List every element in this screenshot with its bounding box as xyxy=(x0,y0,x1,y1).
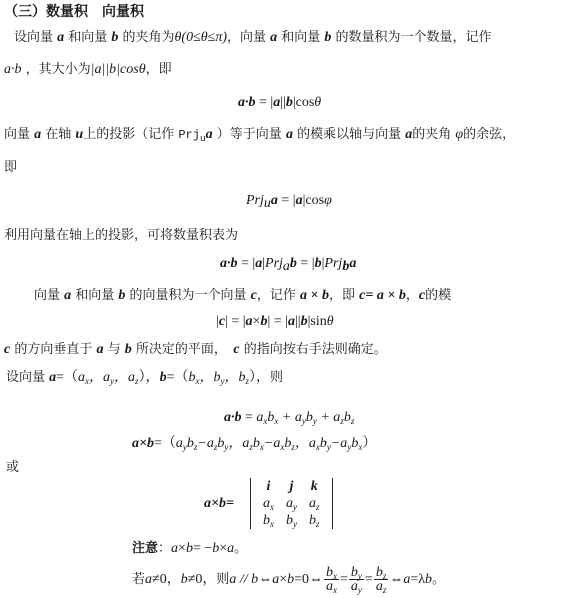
coordinate-cross-formula: a×b=（aybz−azby，azbx−axbz，axby−aybx） xyxy=(132,436,376,452)
prj-label: Prj xyxy=(178,128,200,142)
formula-lhs: a·b xyxy=(238,95,256,110)
coordinate-dot-formula: a·b = axbx + ayby + azbz xyxy=(224,410,354,426)
cross-direction: c 的方向垂直于 a 与 b 所决定的平面， c 的指向按右手法则确定。 xyxy=(4,342,387,358)
fraction: byay xyxy=(349,566,364,593)
det-cell: ay xyxy=(280,495,303,512)
text: 上的投影（记作 xyxy=(83,127,178,142)
text: 和向量 xyxy=(64,30,111,45)
projection-note: 利用向量在轴上的投影，可将数量积表为 xyxy=(4,228,238,244)
text: 在轴 xyxy=(41,127,75,142)
text: 和向量 xyxy=(277,30,324,45)
text: 所决定的平面， xyxy=(132,342,234,357)
text: ，向量 xyxy=(227,30,270,45)
text: ）等于向量 xyxy=(213,127,286,142)
det-cell: k xyxy=(303,478,326,495)
text: 的夹角 xyxy=(412,127,455,142)
text: 的模 xyxy=(425,288,451,303)
det-cell: i xyxy=(257,478,280,495)
det-cell: by xyxy=(280,512,303,529)
det-cell: ax xyxy=(257,495,280,512)
dot-product-formula: a·b = |a||b|cosθ xyxy=(238,95,321,111)
text: ，即 xyxy=(146,62,172,77)
text: 向量 xyxy=(34,288,64,303)
dot-product-intro-line1: 设向量 a 和向量 b 的夹角为θ(0≤θ≤π)，向量 a 和向量 b 的数量积… xyxy=(14,30,492,46)
text: ，记作 xyxy=(257,288,300,303)
angle-phi: φ xyxy=(455,127,463,142)
magnitude-expr: |a||b|cosθ xyxy=(91,62,146,77)
dot-notation: a·b xyxy=(4,62,22,77)
formula-lhs: a×b= xyxy=(204,496,234,511)
cross-notation: a × b xyxy=(300,288,329,303)
angle-range: θ(0≤θ≤π) xyxy=(175,30,227,45)
vector-a: a xyxy=(206,127,213,142)
coordinates-setup: 设向量 a=（ax，ay，az），b=（bx，by，bz），则 xyxy=(6,370,283,386)
det-cell: bz xyxy=(303,512,326,529)
fraction: bxax xyxy=(324,566,339,593)
text: 的余弦， xyxy=(463,127,515,142)
note-anticommutative: 注意：a×b= −b×a。 xyxy=(132,541,247,557)
text: 的数量积为一个数量，记作 xyxy=(331,30,491,45)
section-title: （三）数量积 向量积 xyxy=(4,4,144,20)
vector-b: b xyxy=(125,342,132,357)
text: ， xyxy=(406,288,419,303)
text: 的夹角为 xyxy=(118,30,174,45)
vector-a: a xyxy=(286,127,293,142)
text: 和向量 xyxy=(71,288,118,303)
text: 的模乘以轴与向量 xyxy=(293,127,405,142)
projection-definition: 向量 a 在轴 u上的投影（记作 Prjua ）等于向量 a 的模乘以轴与向量 … xyxy=(4,127,515,143)
text: 的指向按右手法则确定。 xyxy=(240,342,387,357)
det-cell: bx xyxy=(257,512,280,529)
text: 设向量 xyxy=(14,30,57,45)
determinant-lhs: a×b= xyxy=(204,496,234,512)
projection-ji: 即 xyxy=(4,160,17,176)
text: 向量 xyxy=(4,127,34,142)
fraction: bzaz xyxy=(374,566,389,593)
cross-magnitude-formula: |c| = |a×b| = |a||b|sinθ xyxy=(216,314,334,330)
note-parallel-condition: 若a≠0，b≠0，则a // b⇔a×b=0⇔bxax=byay=bzaz⇔a=… xyxy=(132,566,445,593)
text: ，其大小为 xyxy=(22,62,91,77)
text: 与 xyxy=(103,342,124,357)
projection-dot-formula: a·b = |a|Prjab = |b|Prjba xyxy=(220,256,356,272)
determinant-matrix: i j k ax ay az bx by bz xyxy=(250,478,333,529)
cross-product-intro: 向量 a 和向量 b 的向量积为一个向量 c，记作 a × b，即 c= a ×… xyxy=(34,288,451,304)
det-cell: az xyxy=(303,495,326,512)
projection-formula: Prjua = |a|cosφ xyxy=(246,193,332,209)
text: 的向量积为一个向量 xyxy=(125,288,250,303)
text: ，即 xyxy=(329,288,359,303)
text: 的方向垂直于 xyxy=(10,342,96,357)
cross-definition: c= a × b xyxy=(359,288,406,303)
det-cell: j xyxy=(280,478,303,495)
or-label: 或 xyxy=(6,460,19,476)
dot-product-intro-line2: a·b ，其大小为|a||b|cosθ，即 xyxy=(4,62,172,78)
